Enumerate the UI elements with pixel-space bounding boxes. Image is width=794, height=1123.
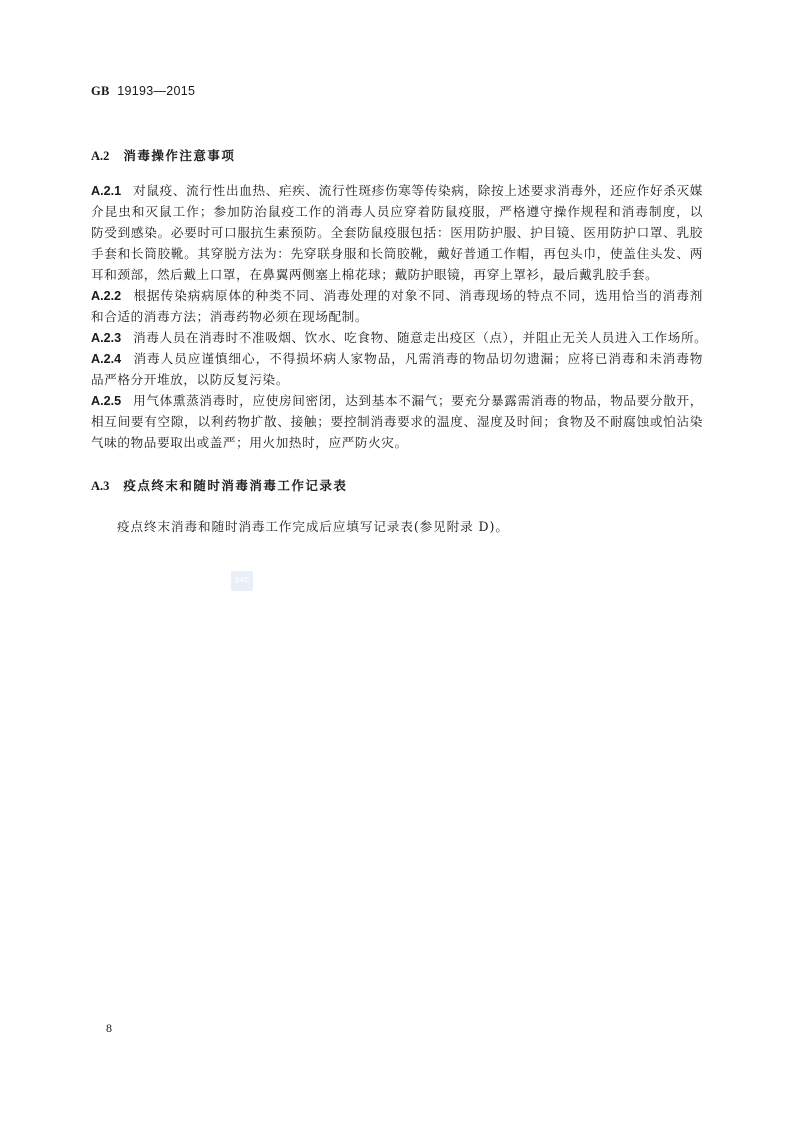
clause-a2-1-line-5: 耳和颈部，然后戴上口罩，在鼻翼两侧塞上棉花球；戴防护眼镜，再穿上罩衫，最后戴乳胶…: [91, 264, 703, 285]
section-a3-paragraph: 疫点终末消毒和随时消毒工作完成后应填写记录表(参见附录 D)。: [117, 516, 509, 535]
standard-number: 19193—2015: [117, 84, 195, 98]
clause-a2-5-line-2: 相互间要有空隙，以利药物扩散、接触；要控制消毒要求的温度、湿度及时间；食物及不耐…: [91, 411, 703, 432]
clause-a2-5-line-1: A.2.5用气体熏蒸消毒时，应使房间密闭，达到基本不漏气；要充分暴露需消毒的物品…: [91, 390, 703, 411]
clause-a2-2-line-2: 和合适的消毒方法；消毒药物必须在现场配制。: [91, 306, 703, 327]
document-header: GB 19193—2015: [91, 84, 195, 99]
clause-a2-1-line-2: 介昆虫和灭鼠工作；参加防治鼠疫工作的消毒人员应穿着防鼠疫服，严格遵守操作规程和消…: [91, 201, 703, 222]
clause-a2-1-line-4: 手套和长筒胶靴。其穿脱方法为：先穿联身服和长筒胶靴，戴好普通工作帽，再包头巾，使…: [91, 243, 703, 264]
clause-a2-1-line-3: 防受到感染。必要时可口服抗生素预防。全套防鼠疫服包括：医用防护服、护目镜、医用防…: [91, 222, 703, 243]
clause-a2-3-line-1: A.2.3消毒人员在消毒时不准吸烟、饮水、吃食物、随意走出疫区（点），并阻止无关…: [91, 327, 703, 348]
section-heading-a2: A.2消毒操作注意事项: [91, 146, 235, 164]
section-title: 消毒操作注意事项: [123, 148, 235, 163]
standard-code: GB: [91, 84, 110, 98]
section-heading-a3: A.3疫点终末和随时消毒消毒工作记录表: [91, 476, 347, 494]
section-title: 疫点终末和随时消毒消毒工作记录表: [123, 478, 347, 493]
clause-a2-5-line-3: 气味的物品要取出或盖严；用火加热时，应严防火灾。: [91, 432, 703, 453]
section-a2-body: A.2.1对鼠疫、流行性出血热、疟疾、流行性斑疹伤寒等传染病，除按上述要求消毒外…: [91, 180, 703, 453]
clause-a2-4-line-1: A.2.4消毒人员应谨慎细心，不得损坏病人家物品，凡需消毒的物品切勿遗漏；应将已…: [91, 348, 703, 369]
page-number: 8: [106, 1021, 112, 1036]
sac-watermark-logo: SAC: [231, 571, 253, 591]
section-number: A.3: [91, 479, 109, 493]
clause-a2-2-line-1: A.2.2根据传染病病原体的种类不同、消毒处理的对象不同、消毒现场的特点不同，选…: [91, 285, 703, 306]
clause-a2-4-line-2: 品严格分开堆放，以防反复污染。: [91, 369, 703, 390]
section-number: A.2: [91, 149, 109, 163]
clause-a2-1-line-1: A.2.1对鼠疫、流行性出血热、疟疾、流行性斑疹伤寒等传染病，除按上述要求消毒外…: [91, 180, 703, 201]
